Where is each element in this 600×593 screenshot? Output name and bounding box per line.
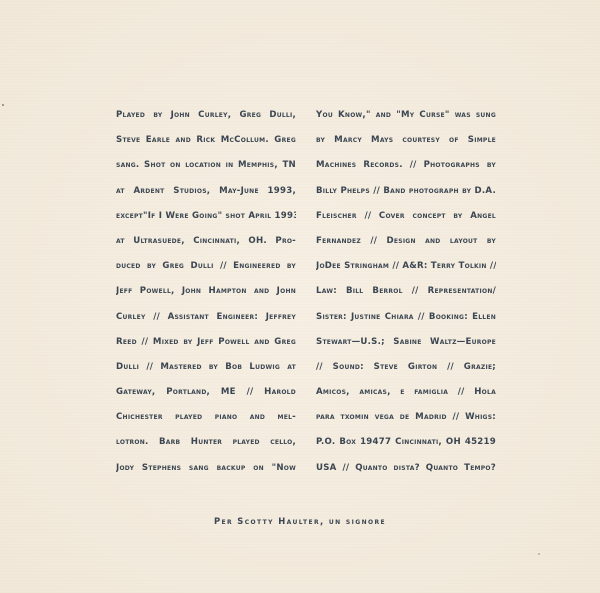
credits-left-column: Played by John Curley, Greg Dulli,Steve … [116,103,296,481]
credits-line: Steve Earle and Rick McCollum. Greg [116,128,296,153]
dedication-line: Per Scotty Haulter, un signore [0,516,600,526]
paper-speck [538,553,540,555]
credits-line: Reed // Mixed by Jeff Powell and Greg [116,330,296,355]
credits-line: Curley // Assistant Engineer: Jeffrey [116,305,296,330]
credits-line: Dulli // Mastered by Bob Ludwig at [116,355,296,380]
credits-line: Gateway, Portland, ME // Harold [116,380,296,405]
credits-line: Jody Stephens sang backup on "Now [116,456,296,481]
credits-line: USA // Quanto dista? Quanto Tempo? [316,456,496,481]
credits-right-column: You Know," and "My Curse" was sungby Mar… [316,103,496,481]
booklet-page: Played by John Curley, Greg Dulli,Steve … [0,0,600,593]
credits-line: at Ultrasuede, Cincinnati, OH. Pro- [116,229,296,254]
credits-line: Jeff Powell, John Hampton and John [116,279,296,304]
credits-line: Played by John Curley, Greg Dulli, [116,103,296,128]
credits-line: at Ardent Studios, May-June 1993, [116,179,296,204]
credits-line: Chichester played piano and mel- [116,405,296,430]
credits-line: JoDee Stringham // A&R: Terry Tolkin // [316,254,496,279]
credits-line: Billy Phelps // Band photograph by D.A. [316,179,496,204]
credits-line: Fernandez // Design and layout by [316,229,496,254]
credits-line: para txomin vega de Madrid // Whigs: [316,405,496,430]
credits-line: P.O. Box 19477 Cincinnati, OH 45219 [316,430,496,455]
credits-line: Sister: Justine Chiara // Booking: Ellen [316,305,496,330]
credits-line: Law: Bill Berrol // Representation/ [316,279,496,304]
credits-line: lotron. Barb Hunter played cello, [116,430,296,455]
credits-line: Fleischer // Cover concept by Angel [316,204,496,229]
credits-line: // Sound: Steve Girton // Grazie; [316,355,496,380]
credits-line: except"If I Were Going" shot April 1993 [116,204,296,229]
credits-line: Amicos, amicas, e famiglia // Hola [316,380,496,405]
credits-line: Stewart—U.S.; Sabine Waltz—Europe [316,330,496,355]
credits-line: sang. Shot on location in Memphis, TN [116,153,296,178]
credits-line: by Marcy Mays courtesy of Simple [316,128,496,153]
credits-line: Machines Records. // Photographs by [316,153,496,178]
credits-line: You Know," and "My Curse" was sung [316,103,496,128]
credits-line: duced by Greg Dulli // Engineered by [116,254,296,279]
paper-speck [2,104,4,106]
